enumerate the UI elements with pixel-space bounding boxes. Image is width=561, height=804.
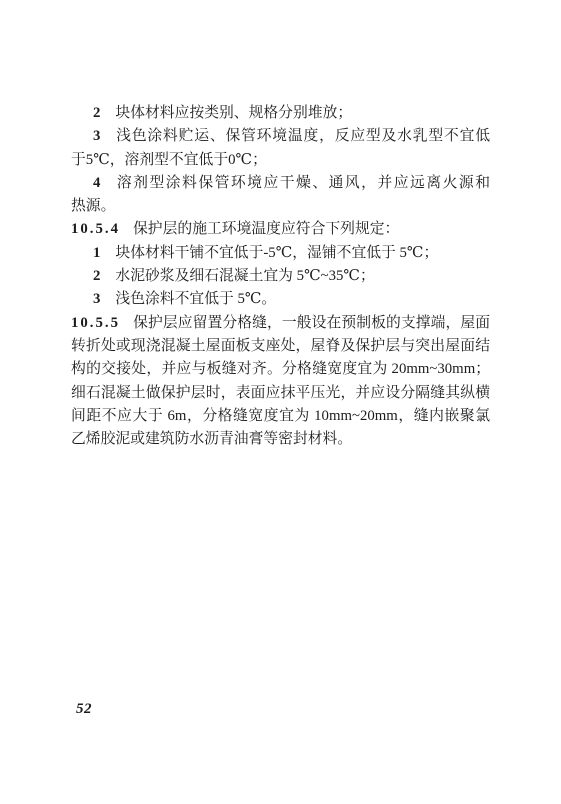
text-line: 2块体材料应按类别、规格分别堆放； (71, 102, 490, 125)
line-text: 水泥砂浆及细石混凝土宜为 5℃~35℃； (115, 268, 374, 284)
clause-paragraph: 10.5.5保护层应留置分格缝，一般设在预制板的支撑端，屋面转折处或现浇混凝土屋… (71, 312, 490, 452)
list-item-paragraph: 1块体材料干铺不宜低于-5℃，湿铺不宜低于 5℃； (71, 242, 490, 265)
item-number: 4 (93, 175, 100, 191)
line-text: 保护层的施工环境温度应符合下列规定： (133, 221, 399, 237)
list-item-paragraph: 2水泥砂浆及细石混凝土宜为 5℃~35℃； (71, 265, 490, 288)
line-text: 浅色涂料不宜低于 5℃。 (115, 291, 276, 307)
text-line: 构的交接处，并应与板缝对齐。分格缝宽度宜为 20mm~30mm； (71, 358, 490, 381)
clause-paragraph: 10.5.4保护层的施工环境温度应符合下列规定： (71, 218, 490, 241)
list-item-paragraph: 3浅色涂料不宜低于 5℃。 (71, 288, 490, 311)
text-line: 间距不应大于 6m，分格缝宽度宜为 10mm~20mm，缝内嵌聚氯 (71, 405, 490, 428)
line-text: 保护层应留置分格缝，一般设在预制板的支撑端，屋面 (133, 315, 490, 331)
text-line: 于5℃，溶剂型不宜低于0℃； (71, 149, 490, 172)
line-text: 溶剂型涂料保管环境应干燥、通风，并应远离火源和 (115, 175, 490, 191)
text-line: 乙烯胶泥或建筑防水沥青油膏等密封材料。 (71, 428, 490, 451)
clause-number: 10.5.5 (71, 315, 120, 331)
item-number: 3 (93, 128, 100, 144)
text-line: 转折处或现浇混凝土屋面板支座处，屋脊及保护层与突出屋面结 (71, 335, 490, 358)
text-line: 1块体材料干铺不宜低于-5℃，湿铺不宜低于 5℃； (71, 242, 490, 265)
list-item-paragraph: 4溶剂型涂料保管环境应干燥、通风，并应远离火源和热源。 (71, 172, 490, 219)
line-text: 浅色涂料贮运、保管环境温度，反应型及水乳型不宜低 (115, 128, 490, 144)
page-number: 52 (76, 701, 92, 718)
list-item-paragraph: 2块体材料应按类别、规格分别堆放； (71, 102, 490, 125)
text-line: 细石混凝土做保护层时，表面应抹平压光，并应设分隔缝其纵横 (71, 382, 490, 405)
text-line: 热源。 (71, 195, 490, 218)
list-item-paragraph: 3浅色涂料贮运、保管环境温度，反应型及水乳型不宜低于5℃，溶剂型不宜低于0℃； (71, 125, 490, 172)
line-text: 块体材料应按类别、规格分别堆放； (115, 105, 352, 121)
item-number: 2 (93, 105, 100, 121)
text-line: 3浅色涂料不宜低于 5℃。 (71, 288, 490, 311)
text-line: 10.5.5保护层应留置分格缝，一般设在预制板的支撑端，屋面 (71, 312, 490, 335)
text-line: 3浅色涂料贮运、保管环境温度，反应型及水乳型不宜低 (71, 125, 490, 148)
clause-number: 10.5.4 (71, 221, 120, 237)
item-number: 1 (93, 245, 100, 261)
document-page: 2块体材料应按类别、规格分别堆放；3浅色涂料贮运、保管环境温度，反应型及水乳型不… (0, 0, 561, 804)
text-line: 4溶剂型涂料保管环境应干燥、通风，并应远离火源和 (71, 172, 490, 195)
line-text: 块体材料干铺不宜低于-5℃，湿铺不宜低于 5℃； (115, 245, 438, 261)
text-line: 2水泥砂浆及细石混凝土宜为 5℃~35℃； (71, 265, 490, 288)
text-line: 10.5.4保护层的施工环境温度应符合下列规定： (71, 218, 490, 241)
item-number: 2 (93, 268, 100, 284)
document-body: 2块体材料应按类别、规格分别堆放；3浅色涂料贮运、保管环境温度，反应型及水乳型不… (71, 102, 490, 451)
item-number: 3 (93, 291, 100, 307)
